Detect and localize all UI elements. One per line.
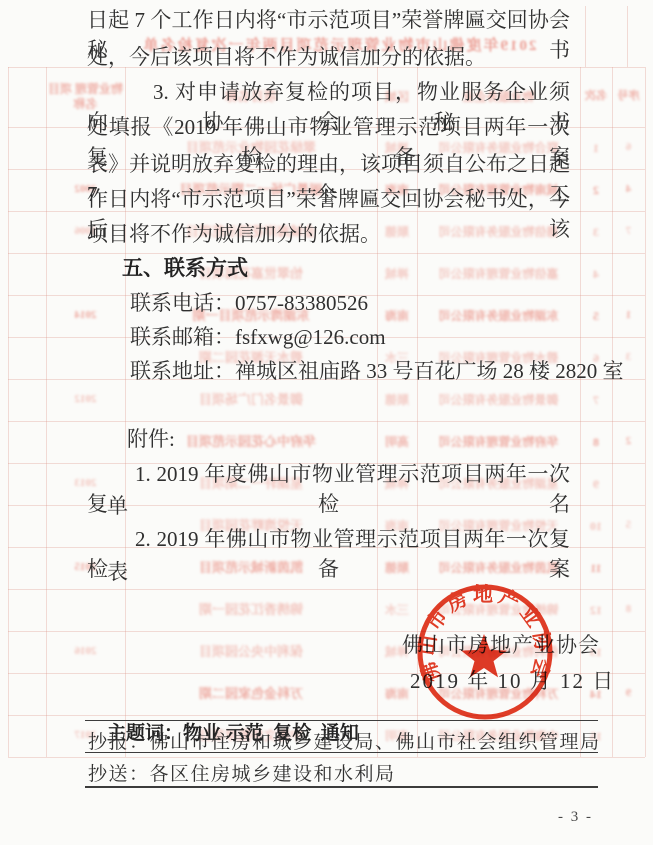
bleed-cell: 8 [582, 421, 610, 463]
bleed-cell: 9 [582, 463, 610, 505]
bleed-cell: 御景物业服务有限公司 [419, 379, 578, 421]
bleed-cell: 东湖物业服务有限公司 [419, 295, 578, 337]
bleed-grid-line [645, 67, 646, 757]
body-line: 项目将不作为诚信加分的依据。 [87, 218, 381, 248]
bleed-cell: 2 [614, 421, 643, 463]
bleed-cell: 名次 [582, 67, 610, 127]
bleed-cell: 8 [614, 589, 643, 631]
section-heading-contact: 五、联系方式 [122, 252, 248, 282]
bleed-cell: 4 [582, 253, 610, 295]
bleed-cell: 1 [582, 127, 610, 169]
bleed-cell: 禅城 [379, 253, 415, 295]
footer-divider [85, 752, 598, 753]
bleed-cell: 序号 [614, 67, 643, 127]
bleed-cell: 2014 [48, 295, 123, 337]
bleed-cell: 保利中央公园项目 [127, 631, 375, 673]
bleed-cell: 2 [582, 169, 610, 211]
bleed-cell: 10 [582, 505, 610, 547]
bleed-cell: 3 [582, 211, 610, 253]
seal-ring-text: 佛山市房地产业协会 [415, 582, 556, 685]
bleed-cell: 2016 [48, 631, 123, 673]
bleed-grid-line [8, 421, 645, 422]
bleed-cell: 嘉信物业管理有限公司 [419, 253, 578, 295]
copy-send-line: 抄送：各区住房城乡建设和水利局 [88, 759, 396, 786]
bleed-cell: 5 [614, 505, 643, 547]
bleed-cell: 1 [614, 295, 643, 337]
bleed-cell: 顺德 [379, 379, 415, 421]
bleed-cell: 御景名门广场项目 [127, 379, 375, 421]
bleed-cell: 6 [614, 127, 643, 169]
attachments-label: 附件: [127, 423, 175, 453]
bleed-cell: 7 [582, 379, 610, 421]
bleed-grid-line [585, 6, 586, 67]
contact-address-line: 联系地址：禅城区祖庙路 33 号百花广场 28 楼 2820 室 [130, 355, 624, 385]
page-number: - 3 - [558, 809, 593, 826]
bleed-cell: 2012 [48, 379, 123, 421]
bleed-grid-line [8, 67, 9, 757]
bleed-cell: 华府物业管理有限公司 [419, 421, 578, 463]
bleed-cell: 11 [582, 547, 610, 589]
body-line: 处，今后该项目将不作为诚信加分的依据。 [87, 41, 486, 71]
seal-star-icon [461, 634, 507, 677]
bleed-grid-line [612, 67, 613, 757]
attachment-item-1: 1. 2019 年度佛山市物业管理示范项目两年一次复检名 [87, 458, 570, 518]
bleed-cell: 12 [582, 589, 610, 631]
bleed-cell: 7 [614, 211, 643, 253]
attachment-item-2: 2. 2019 年佛山市物业管理示范项目两年一次复检备案 [87, 523, 570, 583]
bleed-grid-line [627, 6, 628, 67]
svg-text:佛山市房地产业协会: 佛山市房地产业协会 [415, 582, 556, 685]
bleed-grid-line [8, 253, 645, 254]
footer-divider [85, 786, 598, 788]
bleed-cell: 4 [614, 169, 643, 211]
bleed-cell: 5 [582, 295, 610, 337]
bleed-cell: 高明 [379, 421, 415, 463]
scanned-notice-page: 2019年度佛山市物业管理示范项目两年一次复检名单 物业管理 项目名称项目名称区… [0, 0, 653, 845]
attachment-item-2-wrap: 表 [107, 556, 128, 586]
bleed-grid-line [46, 67, 47, 757]
contact-phone-line: 联系电话：0757-83380526 [130, 287, 368, 317]
bleed-cell: 锦绣香江花园一期 [127, 589, 375, 631]
official-seal-stamp: 佛山市房地产业协会 [410, 577, 560, 727]
bleed-cell: 9 [614, 673, 643, 715]
attachment-item-1-wrap: 单 [107, 490, 128, 520]
copy-report-line: 抄报：佛山市住房和城乡建设局、佛山市社会组织管理局 [88, 727, 601, 754]
contact-email-line: 联系邮箱：fsfxwg@126.com [130, 321, 386, 351]
